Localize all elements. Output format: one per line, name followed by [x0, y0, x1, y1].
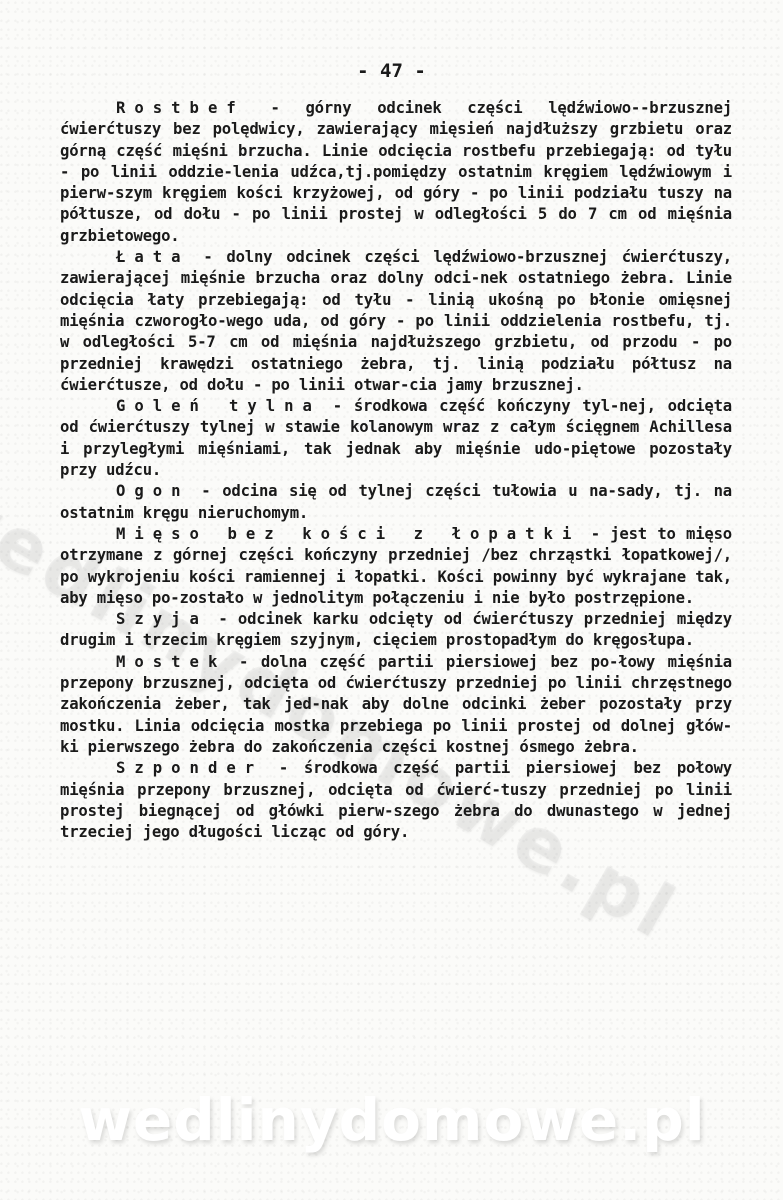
scanned-page: wedlinydomowe.pl - 47 - Rostbef - górny …: [0, 0, 783, 1200]
paragraph-ogon: Ogon - odcina się od tylnej części tułow…: [60, 481, 732, 524]
term-ogon: Ogon: [116, 482, 190, 500]
term-lata: Łata: [116, 248, 190, 266]
paragraph-golen-tylna: Goleń tylna - środkowa część kończyny ty…: [60, 396, 732, 481]
definition-lata: - dolny odcinek części lędźwiowo-brzuszn…: [60, 248, 732, 394]
term-szponder: Szponder: [116, 759, 263, 777]
term-mieso-z-lopatki: Mięso bez kości z łopatki: [116, 525, 580, 543]
paragraph-mostek: Mostek - dolna część partii piersiowej b…: [60, 652, 732, 758]
term-szyja: Szyja: [116, 610, 208, 628]
bottom-watermark: wedlinydomowe.pl: [72, 1086, 712, 1154]
document-body: Rostbef - górny odcinek części lędźwiowo…: [60, 98, 732, 843]
term-mostek: Mostek: [116, 653, 226, 671]
paragraph-szponder: Szponder - środkowa część partii piersio…: [60, 758, 732, 843]
paragraph-mieso-z-lopatki: Mięso bez kości z łopatki - jest to mięs…: [60, 524, 732, 609]
definition-rostbef: - górny odcinek części lędźwiowo--brzusz…: [60, 99, 732, 245]
paragraph-lata: Łata - dolny odcinek części lędźwiowo-br…: [60, 247, 732, 396]
paragraph-szyja: Szyja - odcinek karku odcięty od ćwierćt…: [60, 609, 732, 652]
paragraph-rostbef: Rostbef - górny odcinek części lędźwiowo…: [60, 98, 732, 247]
term-golen-tylna: Goleń tylna: [116, 397, 321, 415]
term-rostbef: Rostbef: [116, 99, 245, 117]
page-number: - 47 -: [0, 60, 783, 82]
